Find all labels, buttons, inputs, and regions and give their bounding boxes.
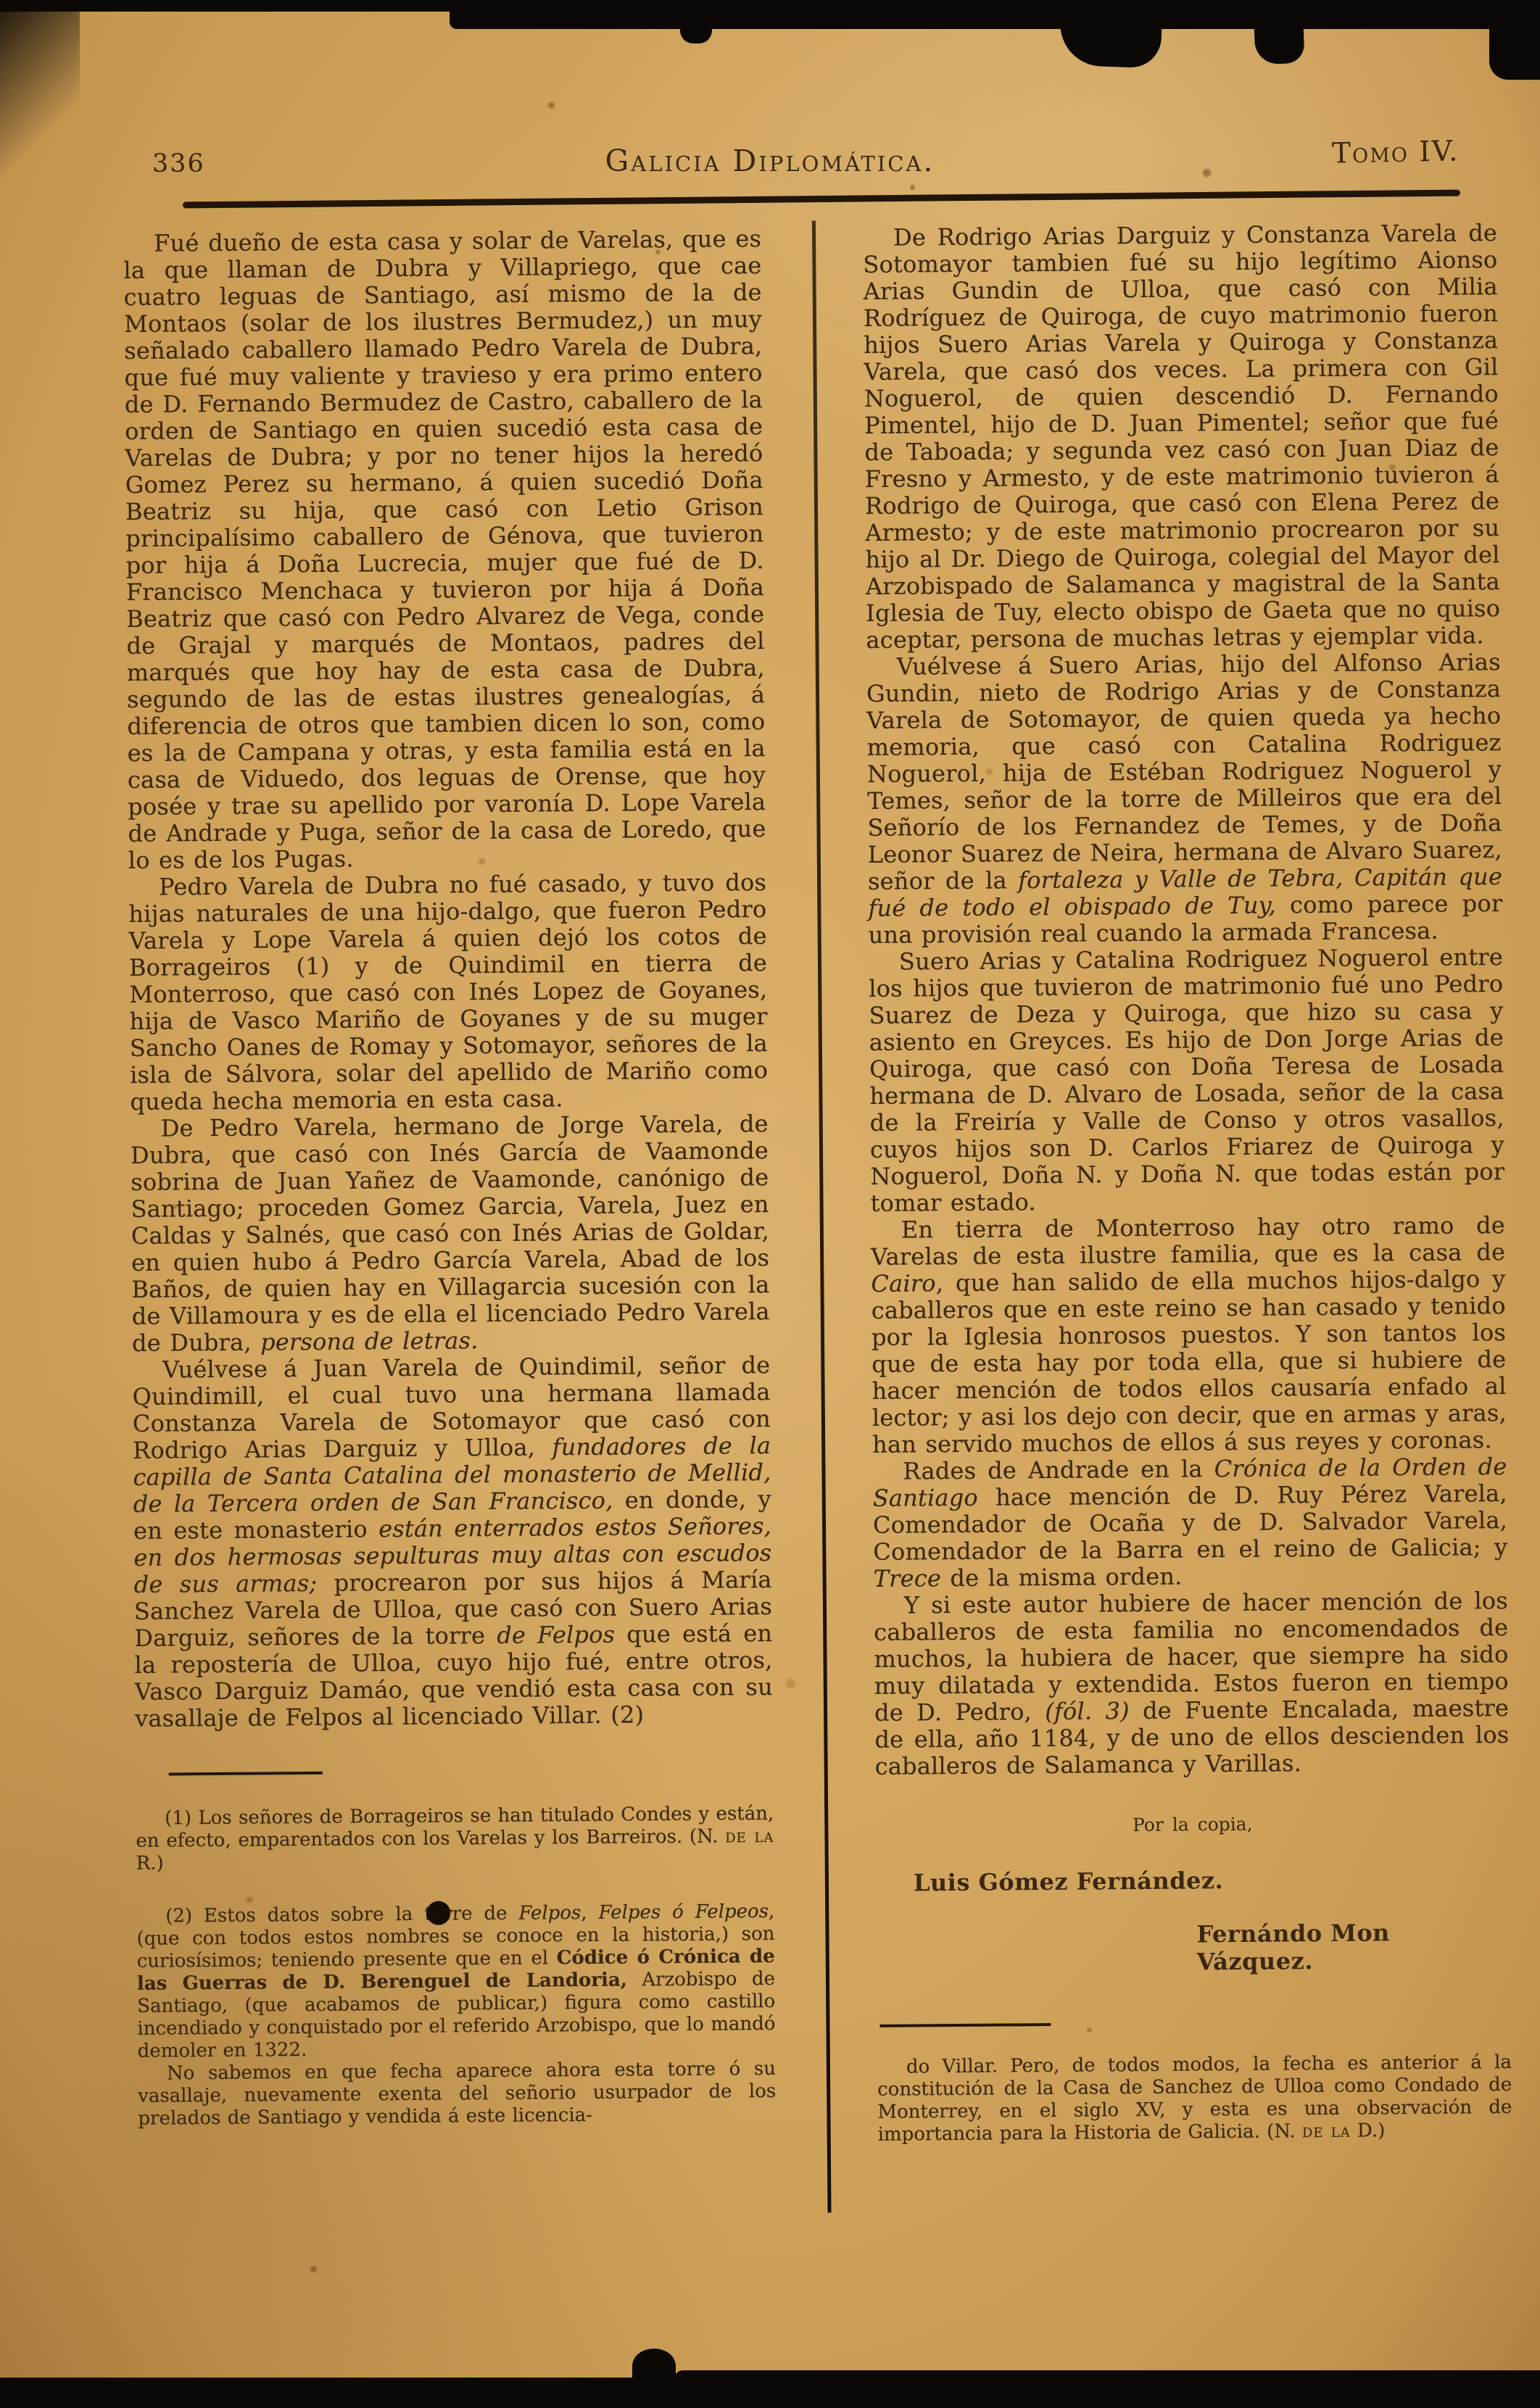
text-run: Pedro Varela de Dubra no fué casado, y t…	[128, 868, 768, 1116]
footnote-rule-right	[879, 2023, 1051, 2027]
scan-artifact-bottom-bump	[632, 2349, 676, 2383]
right-column: De Rodrigo Arias Darguiz y Constanza Var…	[863, 220, 1512, 2146]
paragraph: No sabemos en que fecha aparece ahora es…	[138, 2058, 777, 2130]
scan-artifact-top-drip	[1253, 0, 1304, 65]
paragraph: (2) Estos datos sobre la torre de Felpos…	[136, 1901, 776, 2063]
paragraph: De Rodrigo Arias Darguiz y Constanza Var…	[863, 220, 1501, 654]
paragraph: En tierra de Monterroso hay otro ramo de…	[871, 1212, 1507, 1458]
scanned-page: 336 Galicia Diplomática. Tomo IV. Fué du…	[0, 0, 1540, 2408]
paragraph: Vuélvese á Juan Varela de Quindimil, señ…	[132, 1352, 773, 1732]
byline: Por la copia,	[875, 1811, 1510, 1838]
paragraph: Suero Arias y Catalina Rodriguez Noguero…	[869, 944, 1505, 1217]
text-run: ,	[581, 1902, 598, 1924]
paragraph: Pedro Varela de Dubra no fué casado, y t…	[128, 869, 769, 1116]
scan-artifact-corner-top-left	[0, 0, 80, 217]
text-run: rre de	[443, 1903, 518, 1925]
signature-author: Fernándo Mon Vázquez.	[1196, 1918, 1511, 1975]
left-footnotes: (1) Los señores de Borrageiros se han ti…	[136, 1803, 776, 2130]
volume-label: Tomo IV.	[1331, 135, 1459, 170]
signature-copyist: Luis Gómez Fernández.	[914, 1864, 1510, 1896]
paragraph: Fué dueño de esta casa y solar de Varela…	[123, 225, 766, 874]
text-run: Fué dueño de esta casa y solar de Varela…	[123, 225, 766, 874]
paper-stains	[0, 0, 4, 4]
paragraph: Y si este autor hubiere de hacer mención…	[874, 1587, 1510, 1780]
text-run: D.)	[1351, 2120, 1386, 2141]
text-run: Suero Arias y Catalina Rodriguez Noguero…	[869, 943, 1504, 1217]
text-run-i: Cairo	[871, 1269, 936, 1298]
text-run-i: de Felpos	[497, 1621, 615, 1649]
text-run: De Rodrigo Arias Darguiz y Constanza Var…	[863, 219, 1500, 654]
text-run-sc: de la	[725, 1825, 774, 1848]
scan-artifact-top-band	[450, 0, 1540, 29]
text-run: , que han salido de ella muchos hijos-da…	[872, 1265, 1507, 1458]
text-run: Vuélvese á Suero Arias, hijo del Alfonso…	[866, 648, 1502, 895]
text-run: R.)	[136, 1853, 164, 1874]
text-run: do Villar. Pero, de todos modos, la fech…	[877, 2051, 1512, 2146]
right-column-text: De Rodrigo Arias Darguiz y Constanza Var…	[863, 220, 1510, 1780]
journal-title: Galicia Diplomática.	[0, 144, 1540, 178]
scan-artifact-bottom-band	[674, 2370, 1540, 2382]
scan-artifact-top-tooth	[680, 0, 712, 43]
scan-artifact-top-drip	[1059, 0, 1162, 68]
paragraph: (1) Los señores de Borrageiros se han ti…	[136, 1803, 774, 1875]
text-run: (1) Los señores de Borrageiros se han ti…	[136, 1803, 774, 1852]
scan-artifact-bottom-edge	[0, 2378, 1540, 2408]
paragraph: Rades de Andrade en la Crónica de la Ord…	[872, 1453, 1507, 1593]
scan-artifact-corner-top-right	[1489, 0, 1540, 80]
page-body: Fué dueño de esta casa y solar de Varela…	[123, 220, 1508, 231]
text-run: (2) Estos datos sobre la t	[165, 1903, 432, 1927]
text-run: Rades de Andrade en la	[903, 1455, 1214, 1485]
left-column-text: Fué dueño de esta casa y solar de Varela…	[123, 225, 773, 1732]
footnote-rule-left	[169, 1772, 323, 1776]
text-run: No sabemos en que fecha aparece ahora es…	[138, 2058, 776, 2130]
paragraph: Vuélvese á Suero Arias, hijo del Alfonso…	[866, 649, 1503, 949]
text-run-i: persona de letras.	[260, 1327, 479, 1355]
text-run-i: Felpes ó Felpeos	[598, 1901, 769, 1924]
text-run: En tierra de Monterroso hay otro ramo de…	[871, 1211, 1505, 1271]
text-run-i: (fól. 3)	[1045, 1697, 1130, 1725]
text-run: De Pedro Varela, hermano de Jorge Varela…	[131, 1110, 770, 1357]
text-run: de la misma orden.	[941, 1563, 1183, 1593]
text-run-sc: de la	[1302, 2120, 1351, 2143]
text-run-i: Trece	[873, 1564, 941, 1593]
right-footnote: do Villar. Pero, de todos modos, la fech…	[877, 2051, 1512, 2146]
text-run-i: Felpos	[518, 1902, 581, 1925]
text-run-blot: o	[432, 1903, 444, 1925]
paragraph: do Villar. Pero, de todos modos, la fech…	[877, 2051, 1512, 2146]
paragraph: De Pedro Varela, hermano de Jorge Varela…	[131, 1110, 771, 1357]
header-rule	[183, 190, 1460, 209]
column-divider	[812, 220, 832, 2212]
left-column: Fué dueño de esta casa y solar de Varela…	[123, 225, 777, 2130]
